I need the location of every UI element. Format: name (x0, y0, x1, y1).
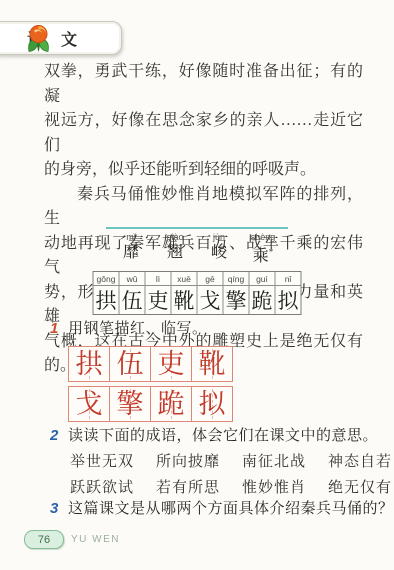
cell-pinyin: gǒng (94, 272, 119, 286)
cell-char: 戈 (198, 286, 223, 314)
grid-cell: nǐ 拟 (275, 272, 301, 314)
cell-pinyin: wǔ (120, 272, 145, 286)
cell-char: 拱 (94, 286, 119, 314)
cell-char: 靴 (172, 286, 197, 314)
exercise-text: 读读下面的成语，体会它们在课文中的意思。 (68, 424, 378, 445)
cell-char: 拟 (276, 286, 301, 314)
grid-cell: wǔ 伍 (119, 272, 145, 314)
vocab-pinyin: shèng (251, 232, 276, 243)
cell-char: 吏 (146, 286, 171, 314)
idiom: 所向披靡 (156, 450, 220, 471)
exercise-text: 用钢笔描红、临写。 (68, 317, 208, 338)
practice-char: 吏 (158, 351, 185, 378)
cell-pinyin: qíng (224, 272, 249, 286)
text-line: 秦兵马俑惟妙惟肖地模拟军阵的排列，生 (44, 183, 363, 232)
idiom: 惟妙惟肖 (242, 476, 306, 497)
practice-char: 戈 (76, 391, 103, 418)
cell-pinyin: gē (198, 272, 223, 286)
idiom-row: 跃跃欲试 若有所思 惟妙惟肖 绝无仅有 (70, 476, 392, 497)
cell-pinyin: lì (146, 272, 171, 286)
practice-char: 跪 (158, 391, 185, 418)
text-line: 视远方，好像在思念家乡的亲人……走近它们 (44, 109, 363, 158)
exercise-1: 1 用钢笔描红、临写。 (50, 317, 208, 338)
lesson-tab: 课 文 (0, 21, 122, 55)
page-footer: 76 YU WEN (24, 530, 120, 549)
vocab-item: mǐ 靡 (113, 232, 149, 266)
idiom-row: 举世无双 所向披靡 南征北战 神态自若 (70, 450, 392, 471)
practice-char: 伍 (117, 351, 144, 378)
grid-cell: guì 跪 (249, 272, 275, 314)
vocab-char: 乘* (253, 243, 274, 266)
vocab-pinyin: qiào (166, 232, 183, 243)
exercise-2: 2 读读下面的成语，体会它们在课文中的意思。 (50, 424, 378, 445)
exercise-number: 3 (50, 500, 68, 517)
practice-cell: 擎 (109, 387, 150, 421)
vocab-item: qiào 翘 (157, 232, 193, 266)
idiom: 神态自若 (328, 450, 392, 471)
footnote-asterisk: * (269, 247, 274, 257)
practice-cell: 吏 (150, 347, 191, 381)
cell-pinyin: xuē (172, 272, 197, 286)
grid-cell: xuē 靴 (171, 272, 197, 314)
practice-cell: 戈 (69, 387, 109, 421)
practice-row: 戈 擎 跪 拟 (68, 386, 233, 422)
practice-cell: 拟 (191, 387, 232, 421)
vocab-char: 靡 (123, 243, 139, 262)
idiom: 跃跃欲试 (70, 476, 134, 497)
practice-char: 拟 (199, 391, 226, 418)
practice-cell: 靴 (191, 347, 232, 381)
vocab-pinyin: jùn (213, 232, 225, 243)
cell-pinyin: nǐ (276, 272, 301, 286)
practice-cell: 伍 (109, 347, 150, 381)
new-words-box: mǐ 靡 qiào 翘 jùn 峻 shèng 乘* (106, 227, 288, 273)
cell-char: 擎 (224, 286, 249, 314)
vocab-item: shèng 乘* (245, 232, 281, 266)
textbook-logo-icon (25, 24, 52, 53)
vocab-pinyin: mǐ (126, 232, 136, 243)
cell-char: 跪 (250, 286, 275, 314)
exercise-number: 2 (50, 427, 68, 444)
practice-cell: 拱 (69, 347, 109, 381)
book-title-label: YU WEN (71, 534, 120, 545)
cell-pinyin: guì (250, 272, 275, 286)
practice-char: 擎 (117, 391, 144, 418)
vocab-char: 翘 (167, 243, 183, 262)
practice-char: 靴 (199, 351, 226, 378)
grid-cell: gē 戈 (197, 272, 223, 314)
idiom: 若有所思 (156, 476, 220, 497)
practice-char: 拱 (76, 351, 103, 378)
practice-row: 拱 伍 吏 靴 (68, 346, 233, 382)
page-number-badge: 76 (24, 530, 64, 549)
exercise-3: 3 这篇课文是从哪两个方面具体介绍秦兵马俑的？ (50, 497, 394, 518)
grid-cell: qíng 擎 (223, 272, 249, 314)
text-line: 的身旁，似乎还能听到轻细的呼吸声。 (44, 158, 363, 183)
grid-cell: lì 吏 (145, 272, 171, 314)
idiom: 举世无双 (70, 450, 134, 471)
grid-cell: gǒng 拱 (94, 272, 119, 314)
exercise-number: 1 (50, 320, 68, 337)
idiom: 南征北战 (242, 450, 306, 471)
idiom: 绝无仅有 (328, 476, 392, 497)
textbook-page: 课 文 双拳，勇武干练，好像随时准备出征；有的凝 视远方，好像在思念家乡的亲人…… (0, 0, 394, 570)
vocab-item: jùn 峻 (201, 232, 237, 266)
cell-char: 伍 (120, 286, 145, 314)
practice-cell: 跪 (150, 387, 191, 421)
text-line: 双拳，勇武干练，好像随时准备出征；有的凝 (44, 60, 363, 109)
writing-characters-grid: gǒng 拱 wǔ 伍 lì 吏 xuē 靴 gē 戈 qíng 擎 guì 跪… (93, 271, 302, 315)
tracing-practice-grid: 拱 伍 吏 靴 戈 擎 跪 拟 (68, 346, 233, 422)
vocab-char: 峻 (211, 243, 227, 262)
exercise-text: 这篇课文是从哪两个方面具体介绍秦兵马俑的？ (68, 497, 394, 518)
